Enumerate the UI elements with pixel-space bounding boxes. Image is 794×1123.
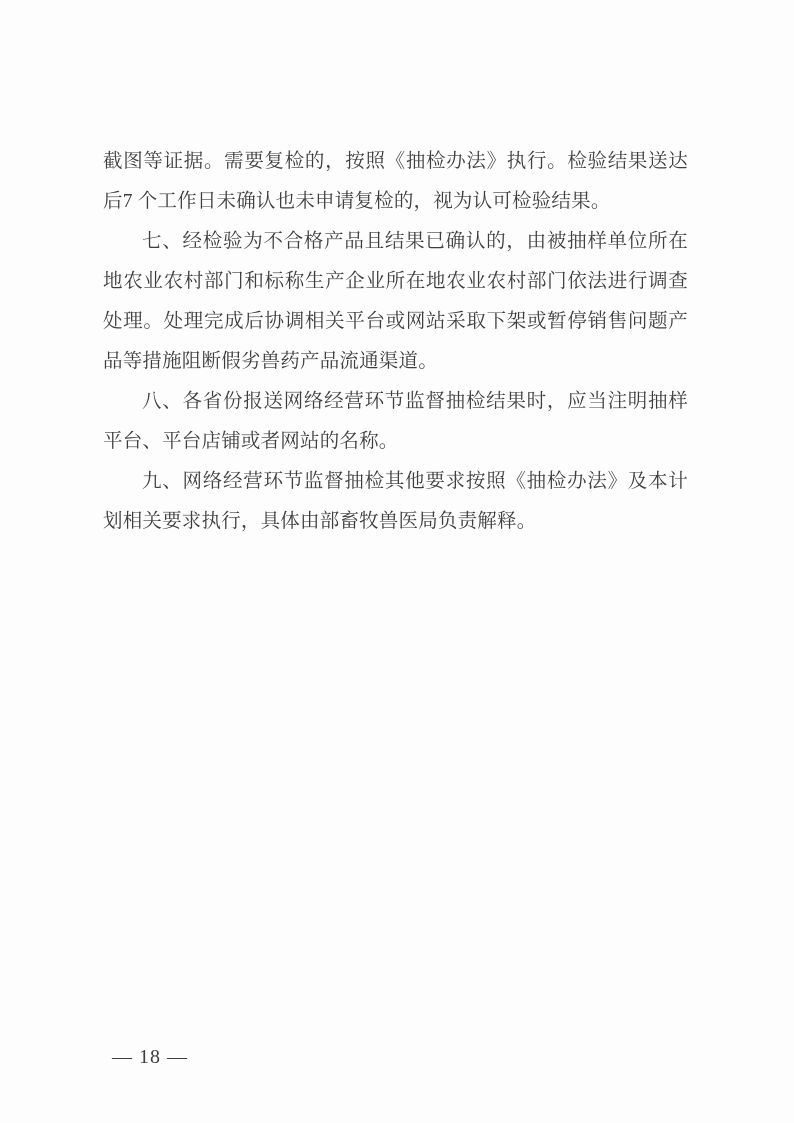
paragraph-item-9: 九、网络经营环节监督抽检其他要求按照《抽检办法》及本计划相关要求执行，具体由部畜… xyxy=(103,462,688,542)
paragraph-item-8: 八、各省份报送网络经营环节监督抽检结果时，应当注明抽样平台、平台店铺或者网站的名… xyxy=(103,382,688,462)
paragraph-continuation: 截图等证据。需要复检的，按照《抽检办法》执行。检验结果送达后7 个工作日未确认也… xyxy=(103,142,688,222)
paragraph-item-7: 七、经检验为不合格产品且结果已确认的，由被抽样单位所在地农业农村部门和标称生产企… xyxy=(103,222,688,382)
page-number: — 18 — xyxy=(112,1044,188,1070)
document-body: 截图等证据。需要复检的，按照《抽检办法》执行。检验结果送达后7 个工作日未确认也… xyxy=(103,142,688,542)
document-page: 截图等证据。需要复检的，按照《抽检办法》执行。检验结果送达后7 个工作日未确认也… xyxy=(0,0,794,1123)
